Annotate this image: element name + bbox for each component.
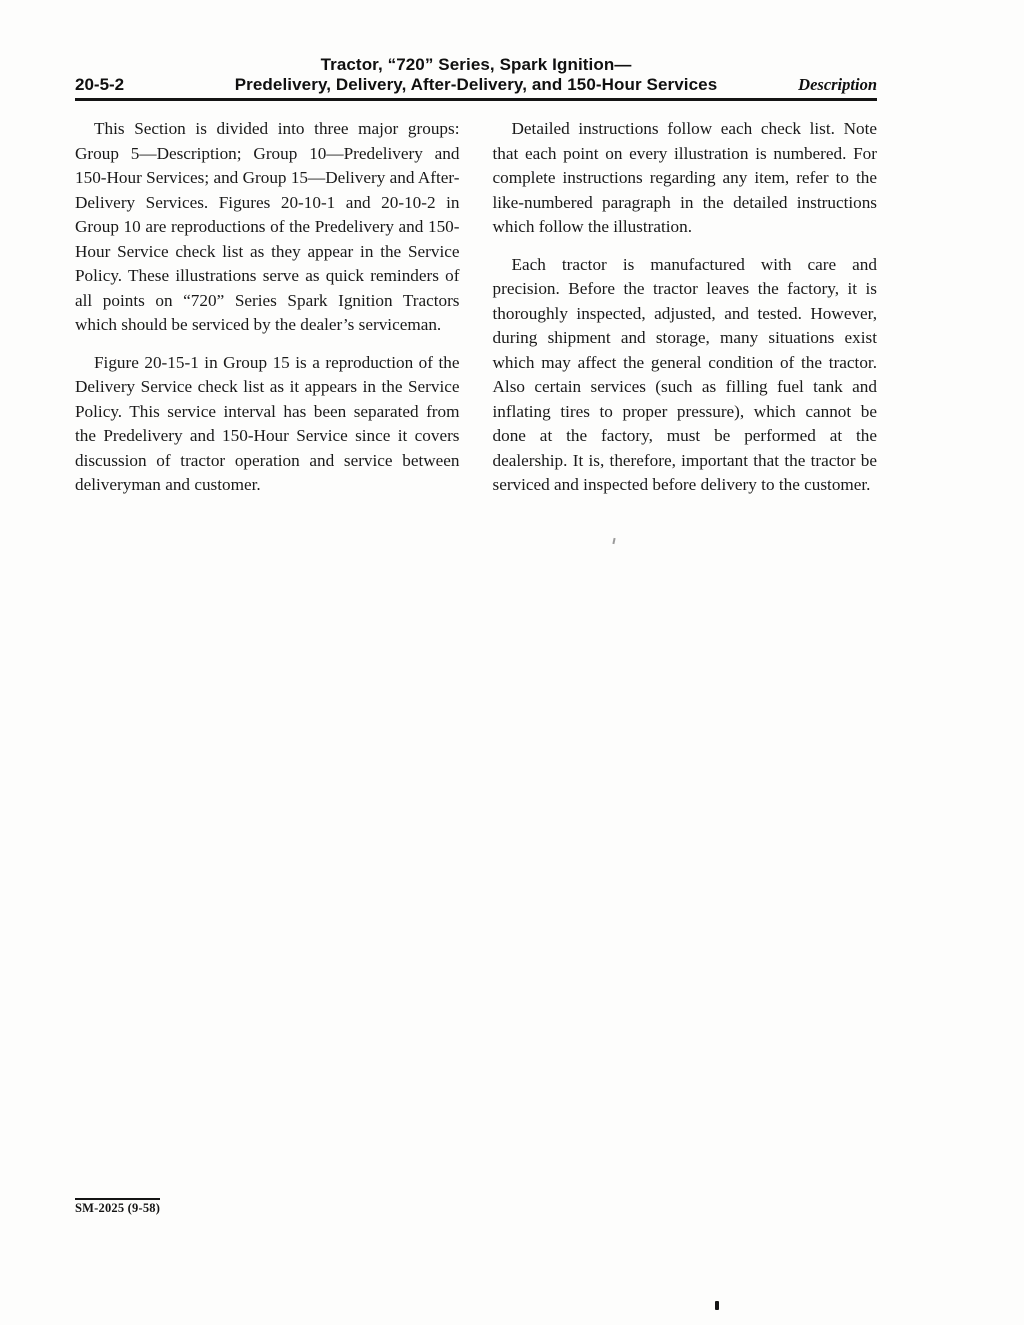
left-column: This Section is divided into three major… (75, 117, 460, 498)
paragraph: Detailed instructions follow each check … (493, 117, 878, 240)
page-content: Tractor, “720” Series, Spark Ignition— 2… (75, 55, 877, 498)
paragraph: This Section is divided into three major… (75, 117, 460, 338)
paragraph: Each tractor is manufactured with care a… (493, 253, 878, 498)
footer-doc-code: SM-2025 (9-58) (75, 1198, 160, 1216)
header-title-line1: Tractor, “720” Series, Spark Ignition— (75, 55, 877, 75)
ink-speck (612, 538, 615, 544)
page-code: 20-5-2 (75, 75, 235, 95)
ink-speck (715, 1301, 719, 1310)
two-column-body: This Section is divided into three major… (75, 117, 877, 498)
header-title-row: 20-5-2 Predelivery, Delivery, After-Deli… (75, 75, 877, 95)
header-title-line2: Predelivery, Delivery, After-Delivery, a… (235, 75, 718, 95)
paragraph: Figure 20-15-1 in Group 15 is a reproduc… (75, 351, 460, 498)
manual-page: Tractor, “720” Series, Spark Ignition— 2… (0, 0, 1024, 1325)
running-header: Tractor, “720” Series, Spark Ignition— 2… (75, 55, 877, 101)
right-column: Detailed instructions follow each check … (493, 117, 878, 498)
section-label: Description (717, 75, 877, 95)
